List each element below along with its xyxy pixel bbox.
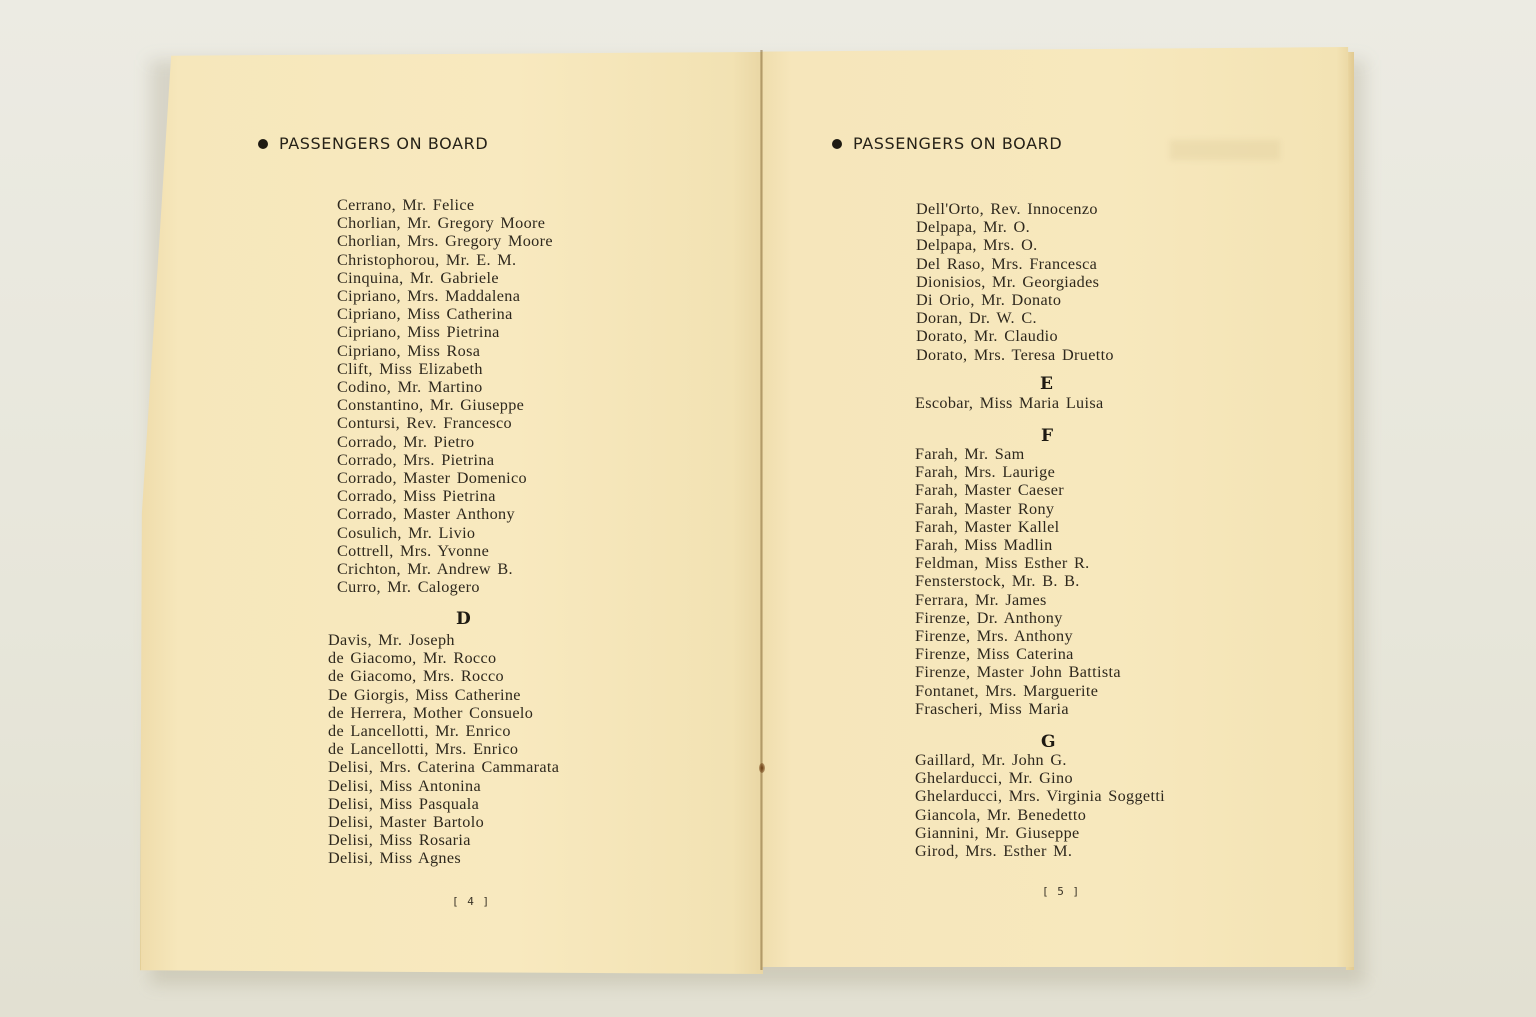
passenger-entry: Cerrano, Mr. Felice bbox=[337, 196, 553, 214]
passenger-entry: De Giorgis, Miss Catherine bbox=[328, 686, 559, 704]
passenger-entry: de Giacomo, Mr. Rocco bbox=[328, 649, 559, 667]
passenger-entry: Cipriano, Mrs. Maddalena bbox=[337, 287, 553, 305]
passenger-entry: Firenze, Miss Caterina bbox=[915, 645, 1121, 663]
passenger-entry: Ghelarducci, Mrs. Virginia Soggetti bbox=[915, 787, 1165, 805]
passenger-entry: Doran, Dr. W. C. bbox=[916, 309, 1114, 327]
passenger-entry: Delisi, Miss Antonina bbox=[328, 777, 559, 795]
passenger-entry: Corrado, Mr. Pietro bbox=[337, 433, 553, 451]
passenger-entry: Feldman, Miss Esther R. bbox=[915, 554, 1121, 572]
section-letter-d: D bbox=[456, 609, 471, 629]
booklet-gutter bbox=[760, 50, 763, 970]
passenger-entry: Delisi, Mrs. Caterina Cammarata bbox=[328, 758, 559, 776]
passenger-entry: Clift, Miss Elizabeth bbox=[337, 360, 553, 378]
passenger-entry: Curro, Mr. Calogero bbox=[337, 578, 553, 596]
right-passenger-list-e: Escobar, Miss Maria Luisa bbox=[915, 394, 1104, 412]
passenger-entry: Cinquina, Mr. Gabriele bbox=[337, 269, 553, 287]
passenger-entry: Cipriano, Miss Catherina bbox=[337, 305, 553, 323]
passenger-entry: Cosulich, Mr. Livio bbox=[337, 524, 553, 542]
passenger-entry: Dell'Orto, Rev. Innocenzo bbox=[916, 200, 1114, 218]
bullet-icon bbox=[832, 139, 842, 149]
passenger-entry: Cottrell, Mrs. Yvonne bbox=[337, 542, 553, 560]
passenger-entry: Firenze, Master John Battista bbox=[915, 663, 1121, 681]
right-passenger-list-d: Dell'Orto, Rev. InnocenzoDelpapa, Mr. O.… bbox=[916, 200, 1114, 364]
passenger-entry: Girod, Mrs. Esther M. bbox=[915, 842, 1165, 860]
passenger-entry: Firenze, Mrs. Anthony bbox=[915, 627, 1121, 645]
left-passenger-list-c: Cerrano, Mr. FeliceChorlian, Mr. Gregory… bbox=[337, 196, 553, 596]
right-passenger-list-g: Gaillard, Mr. John G.Ghelarducci, Mr. Gi… bbox=[915, 751, 1165, 860]
passenger-entry: de Herrera, Mother Consuelo bbox=[328, 704, 559, 722]
passenger-entry: Farah, Mr. Sam bbox=[915, 445, 1121, 463]
passenger-entry: Giannini, Mr. Giuseppe bbox=[915, 824, 1165, 842]
passenger-entry: Chorlian, Mr. Gregory Moore bbox=[337, 214, 553, 232]
passenger-entry: Crichton, Mr. Andrew B. bbox=[337, 560, 553, 578]
passenger-entry: Corrado, Master Domenico bbox=[337, 469, 553, 487]
left-header-text: PASSENGERS ON BOARD bbox=[279, 134, 488, 153]
passenger-entry: Farah, Mrs. Laurige bbox=[915, 463, 1121, 481]
passenger-entry: Farah, Master Caeser bbox=[915, 481, 1121, 499]
passenger-entry: Corrado, Mrs. Pietrina bbox=[337, 451, 553, 469]
passenger-entry: Cipriano, Miss Rosa bbox=[337, 342, 553, 360]
passenger-entry: Christophorou, Mr. E. M. bbox=[337, 251, 553, 269]
passenger-entry: Fensterstock, Mr. B. B. bbox=[915, 572, 1121, 590]
right-page-number: [ 5 ] bbox=[1042, 885, 1080, 898]
left-page-header: PASSENGERS ON BOARD bbox=[258, 134, 488, 153]
section-letter-e: E bbox=[1040, 374, 1053, 394]
passenger-entry: Di Orio, Mr. Donato bbox=[916, 291, 1114, 309]
right-passenger-list-f: Farah, Mr. SamFarah, Mrs. LaurigeFarah, … bbox=[915, 445, 1121, 718]
passenger-entry: Farah, Master Kallel bbox=[915, 518, 1121, 536]
bullet-icon bbox=[258, 139, 268, 149]
passenger-entry: Chorlian, Mrs. Gregory Moore bbox=[337, 232, 553, 250]
passenger-entry: Dorato, Mrs. Teresa Druetto bbox=[916, 346, 1114, 364]
passenger-entry: Farah, Master Rony bbox=[915, 500, 1121, 518]
right-header-text: PASSENGERS ON BOARD bbox=[853, 134, 1062, 153]
passenger-entry: Delisi, Miss Pasquala bbox=[328, 795, 559, 813]
passenger-entry: Dionisios, Mr. Georgiades bbox=[916, 273, 1114, 291]
staple-spot bbox=[759, 763, 765, 773]
passenger-entry: Giancola, Mr. Benedetto bbox=[915, 806, 1165, 824]
passenger-entry: Delpapa, Mrs. O. bbox=[916, 236, 1114, 254]
passenger-entry: de Lancellotti, Mr. Enrico bbox=[328, 722, 559, 740]
passenger-entry: Constantino, Mr. Giuseppe bbox=[337, 396, 553, 414]
passenger-entry: Contursi, Rev. Francesco bbox=[337, 414, 553, 432]
section-letter-f: F bbox=[1041, 426, 1053, 446]
passenger-entry: de Giacomo, Mrs. Rocco bbox=[328, 667, 559, 685]
passenger-entry: Corrado, Miss Pietrina bbox=[337, 487, 553, 505]
left-page-number: [ 4 ] bbox=[452, 895, 490, 908]
passenger-entry: Del Raso, Mrs. Francesca bbox=[916, 255, 1114, 273]
passenger-entry: Ferrara, Mr. James bbox=[915, 591, 1121, 609]
passenger-entry: Frascheri, Miss Maria bbox=[915, 700, 1121, 718]
passenger-entry: de Lancellotti, Mrs. Enrico bbox=[328, 740, 559, 758]
passenger-entry: Dorato, Mr. Claudio bbox=[916, 327, 1114, 345]
passenger-entry: Escobar, Miss Maria Luisa bbox=[915, 394, 1104, 412]
passenger-entry: Corrado, Master Anthony bbox=[337, 505, 553, 523]
passenger-entry: Delisi, Miss Rosaria bbox=[328, 831, 559, 849]
passenger-entry: Codino, Mr. Martino bbox=[337, 378, 553, 396]
passenger-entry: Gaillard, Mr. John G. bbox=[915, 751, 1165, 769]
passenger-entry: Ghelarducci, Mr. Gino bbox=[915, 769, 1165, 787]
passenger-entry: Firenze, Dr. Anthony bbox=[915, 609, 1121, 627]
passenger-entry: Delisi, Miss Agnes bbox=[328, 849, 559, 867]
section-letter-g: G bbox=[1041, 732, 1056, 752]
passenger-entry: Delpapa, Mr. O. bbox=[916, 218, 1114, 236]
left-passenger-list-d: Davis, Mr. Josephde Giacomo, Mr. Roccode… bbox=[328, 631, 559, 868]
passenger-entry: Farah, Miss Madlin bbox=[915, 536, 1121, 554]
right-page-header: PASSENGERS ON BOARD bbox=[832, 134, 1062, 153]
show-through-text bbox=[1170, 140, 1280, 160]
passenger-entry: Fontanet, Mrs. Marguerite bbox=[915, 682, 1121, 700]
passenger-entry: Davis, Mr. Joseph bbox=[328, 631, 559, 649]
passenger-entry: Delisi, Master Bartolo bbox=[328, 813, 559, 831]
passenger-entry: Cipriano, Miss Pietrina bbox=[337, 323, 553, 341]
